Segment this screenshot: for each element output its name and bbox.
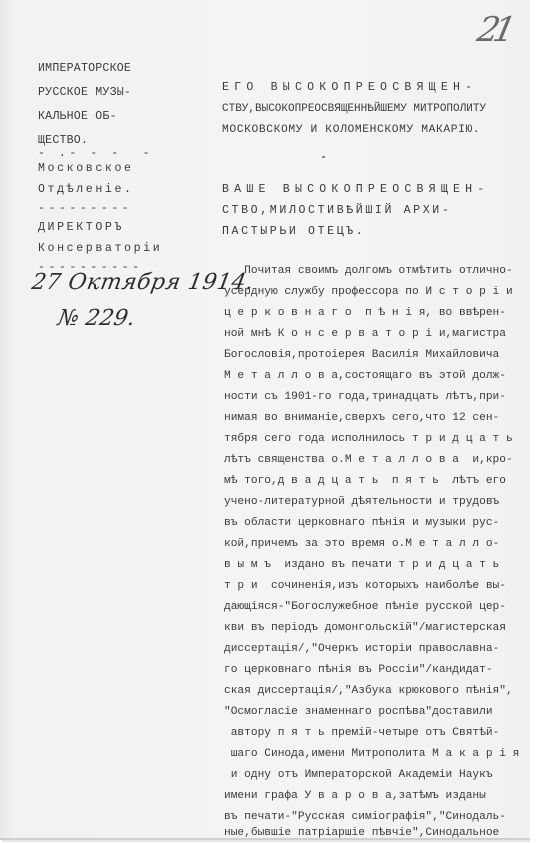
position-line: ДИРЕКТОРЪ xyxy=(38,221,124,235)
body-line: Богословiя,протоiерея Василiя Михайлович… xyxy=(224,348,499,362)
body-line: и одну отъ Императорской Академiи Наукъ xyxy=(224,768,493,782)
salutation-line: ПАСТЫРЬИ ОТЕЦЪ. xyxy=(222,225,365,239)
folio-number: 21 xyxy=(474,10,514,50)
body-line: имени графа У в а р о в а,затѣмъ изданы xyxy=(224,789,486,803)
ink-dot xyxy=(322,156,325,158)
body-line: ные,бывшiе патрiаршiе пѣвчiе",Синодально… xyxy=(224,826,499,840)
addressee-line: МОСКОВСКОМУ И КОЛОМЕНСКОМУ МАКАРIЮ. xyxy=(222,123,480,137)
addressee-line: ЕГО ВЫСОКОПРЕОСВЯЩЕН- xyxy=(222,81,477,95)
body-line: диссертацiя/,"Очеркъ исторiи православна… xyxy=(224,642,499,656)
branch-line: Отдѣленiе. xyxy=(38,183,134,197)
body-line: ская диссертацiя/,"Азбука крюкового пѣнi… xyxy=(224,684,513,698)
body-line: ц е р к о в н а г о п ѣ н i я, во ввѣрен… xyxy=(224,306,506,320)
body-line: въ печати-"Русская симiографiя","Синодал… xyxy=(224,810,506,824)
position-line: Консерваторiи xyxy=(38,242,162,256)
addressee-line: СТВУ,ВЫСОКОПРЕОСВЯЩЕННѢЙШЕМУ МИТРОПОЛИТУ xyxy=(222,102,486,116)
body-line: тября сего года исполнилось т р и д ц а … xyxy=(224,432,513,446)
body-line: мѣ того,д в а д ц а т ь п я т ь лѣтъ его xyxy=(224,474,506,488)
body-line: усердную службу профессора по И с т о р … xyxy=(224,285,513,299)
body-line: кой,причемъ за это время о.М е т а л л о… xyxy=(224,537,499,551)
salutation-line: ВАШЕ ВЫСОКОПРЕОСВЯЩЕН- xyxy=(222,183,489,197)
body-line: кви въ перiодъ домонгольскiй"/магистерск… xyxy=(224,621,506,635)
body-line: нимая во вниманiе,сверхъ сего,что 12 сен… xyxy=(224,411,499,425)
body-line: ной мнѣ К о н с е р в а т о р i и,магист… xyxy=(224,327,506,341)
separator: --------- xyxy=(38,202,132,216)
organization-line: ЩЕСТВО. xyxy=(38,134,88,148)
body-line: в ы м ъ издано въ печати т р и д ц а т ь xyxy=(224,558,499,572)
body-line: дающiяся-"Богослужебное пѣнiе русской це… xyxy=(224,600,506,614)
handwritten-date: 27 Октября 1914. xyxy=(30,270,256,295)
handwritten-registration-number: № 229. xyxy=(56,306,137,331)
body-line: лѣтъ священства о.М е т а л л о в а и,кр… xyxy=(224,453,513,467)
body-line: Почитая своимъ долгомъ отмѣтить отлично- xyxy=(224,264,513,278)
body-line: учено-литературной дѣятельности и трудов… xyxy=(224,495,499,509)
body-line: въ области церковнаго пѣнiя и музыки рус… xyxy=(224,516,499,530)
body-line: го церковнаго пѣнiя въ Россiи"/кандидат- xyxy=(224,663,493,677)
body-line: шаго Синода,имени Митрополита М а к а р … xyxy=(224,747,519,761)
organization-line: ИМПЕРАТОРСКОЕ xyxy=(38,62,131,76)
body-line: ности съ 1901-го года,тринадцать лѣтъ,пр… xyxy=(224,390,506,404)
separator: - .- - - - xyxy=(38,147,153,161)
branch-line: Московское xyxy=(38,162,134,176)
organization-line: РУССКОЕ МУЗЫ- xyxy=(38,86,131,100)
organization-line: КАЛЬНОЕ ОБ- xyxy=(38,110,117,124)
body-line: т р и сочиненiя,изъ которыхъ наиболѣе вы… xyxy=(224,579,506,593)
salutation-line: СТВО,МИЛОСТИВѢЙШIЙ АРХИ- xyxy=(222,204,451,218)
body-line: М е т а л л о в а,состоящаго въ этой дол… xyxy=(224,369,506,383)
body-line: автору п я т ь премiй-четыре отъ Святѣй- xyxy=(224,726,499,740)
document-page: 21 ИМПЕРАТОРСКОЕ РУССКОЕ МУЗЫ- КАЛЬНОЕ О… xyxy=(0,0,530,840)
body-line: "Осмогласiе знаменнаго роспѣва"доставили xyxy=(224,705,493,719)
scan-margin xyxy=(530,0,539,843)
